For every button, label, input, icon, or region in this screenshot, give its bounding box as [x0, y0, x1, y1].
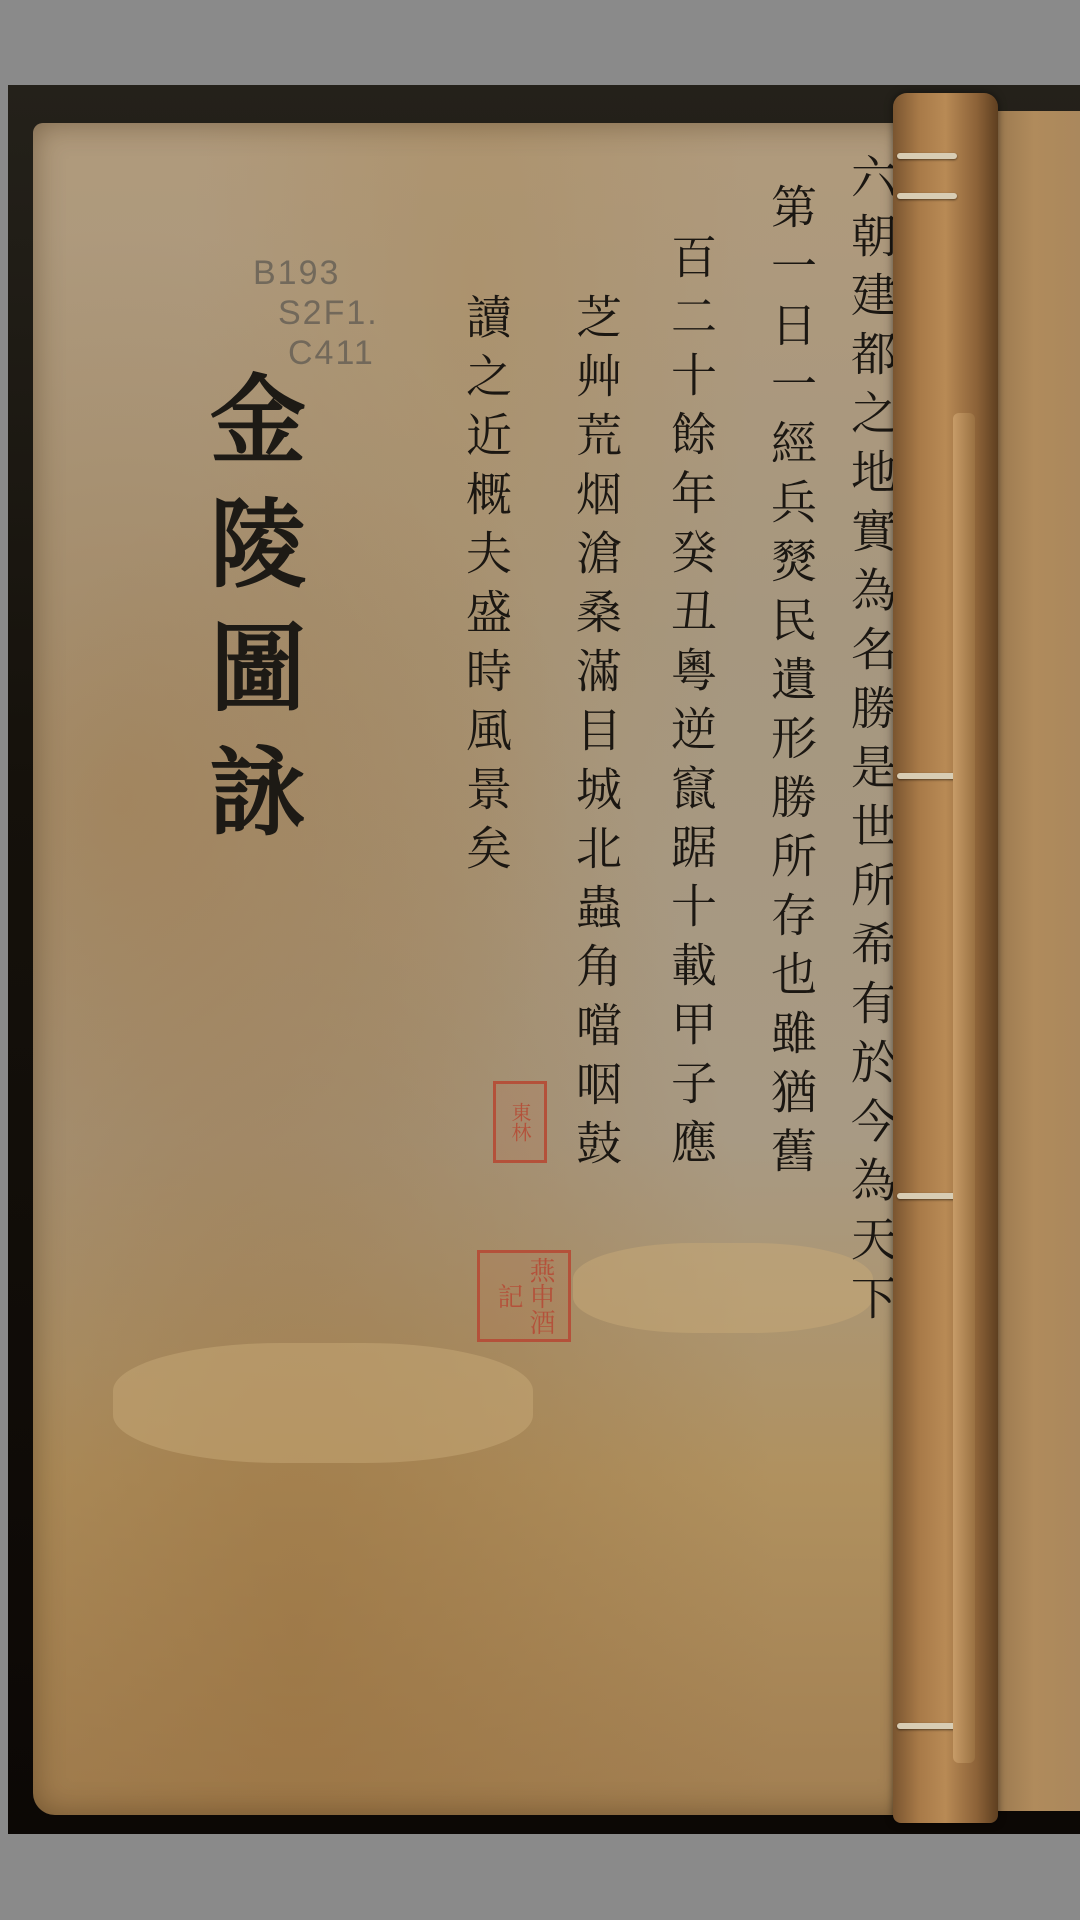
inscription-column-3: 百二十餘年癸丑粵逆竄踞十載甲子應	[668, 233, 714, 1177]
inscription-column-4: 芝艸荒烟滄桑滿目城北蟲角噹咽鼓	[573, 293, 619, 1178]
inscription-column-1: 六朝建都之地實為名勝是世所希有於今為天下	[848, 153, 894, 1333]
shelf-mark: B193 S2F1. C411	[253, 253, 379, 373]
binding-thread	[897, 1723, 957, 1729]
inscription-column-5: 讀之近概夫盛時風景矣	[463, 293, 509, 883]
title-char: 圖	[210, 621, 306, 717]
shelf-mark-line: S2F1.	[253, 293, 379, 333]
inscription-column-2: 第一日一經兵燹民遺形勝所存也雖猶舊	[768, 183, 814, 1186]
worn-paper-patch	[573, 1243, 873, 1333]
red-seal-lower: 燕申酒記	[477, 1250, 571, 1342]
worn-paper-patch	[113, 1343, 533, 1463]
binding-thread	[897, 1193, 957, 1199]
title-char: 詠	[210, 745, 306, 841]
title-char: 金	[210, 373, 306, 469]
book-title: 金 陵 圖 詠	[183, 373, 333, 841]
binding-thread	[897, 773, 957, 779]
shelf-mark-line: B193	[253, 253, 379, 293]
title-char: 陵	[210, 497, 306, 593]
adjacent-page	[998, 111, 1080, 1811]
red-seal-upper: 東林	[493, 1081, 547, 1163]
binding-thread	[897, 153, 957, 159]
book-spine	[893, 93, 998, 1823]
spine-fold	[953, 413, 975, 1763]
book-photograph: B193 S2F1. C411 金 陵 圖 詠 六朝建都之地實為名勝是世所希有於…	[8, 85, 1080, 1834]
book-cover-page: B193 S2F1. C411 金 陵 圖 詠 六朝建都之地實為名勝是世所希有於…	[33, 123, 913, 1815]
binding-thread	[897, 193, 957, 199]
